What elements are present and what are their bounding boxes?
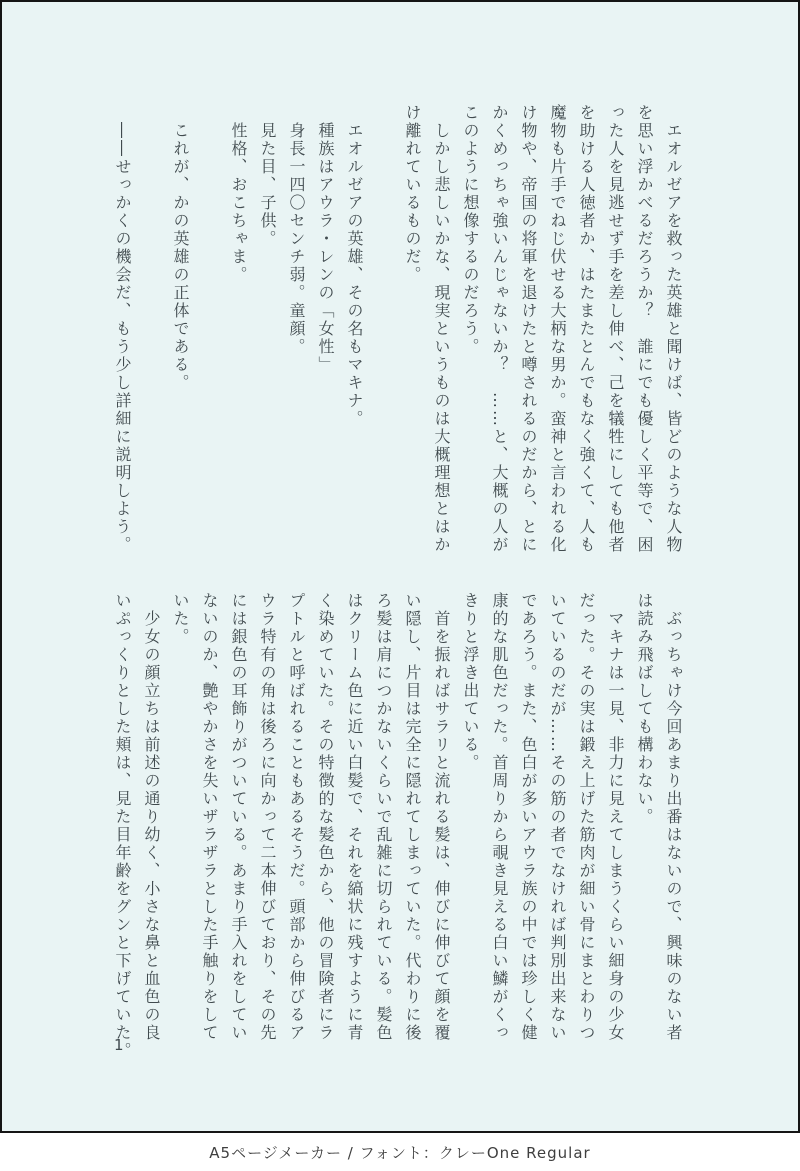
manuscript-page: エオルゼアを救った英雄と聞けば、皆どのような人物 を思い浮かべるだろうか？ 誰に… bbox=[0, 0, 800, 1133]
footer-caption: A5ページメーカー / フォント：クレーOne Regular bbox=[209, 1142, 590, 1163]
page-number: 1 bbox=[114, 1036, 124, 1054]
body-text-top: エオルゼアを救った英雄と聞けば、皆どのような人物 を思い浮かべるだろうか？ 誰に… bbox=[108, 104, 688, 604]
body-text-bottom: ぶっちゃけ今回あまり出番はないので、興味のない者 は読み飛ばしても構わない。 マ… bbox=[108, 592, 688, 1092]
footer-bar: A5ページメーカー / フォント：クレーOne Regular bbox=[0, 1133, 800, 1171]
screenshot-root: エオルゼアを救った英雄と聞けば、皆どのような人物 を思い浮かべるだろうか？ 誰に… bbox=[0, 0, 800, 1171]
